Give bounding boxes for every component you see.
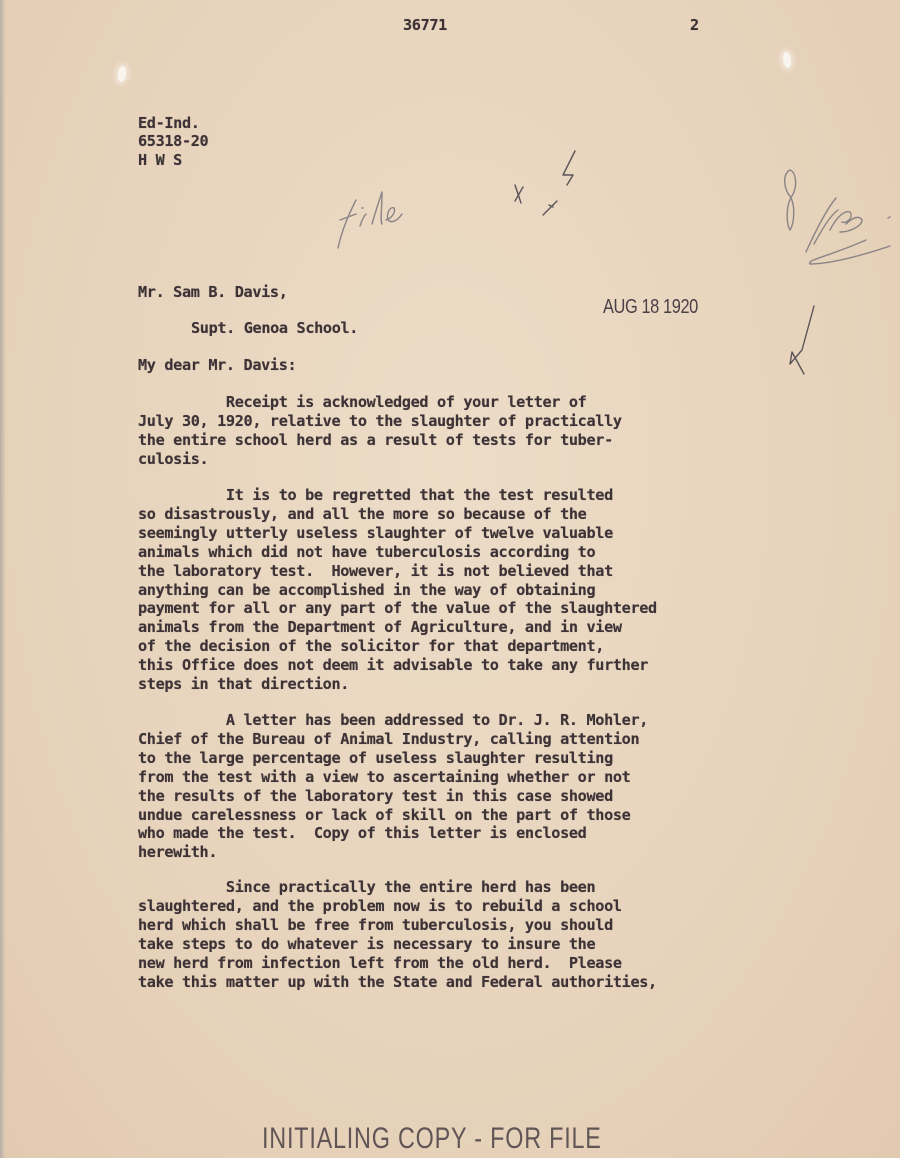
- date-received-stamp: AUG 18 1920: [603, 296, 698, 319]
- reference-initials: H W S: [138, 151, 182, 170]
- pencil-check-mark-icon: [780, 300, 830, 380]
- page-number: 2: [690, 16, 699, 35]
- reference-office: Ed-Ind.: [138, 114, 200, 133]
- punch-hole-right: [782, 52, 792, 69]
- pencil-x-five-mark-icon: [505, 145, 585, 225]
- file-number: 36771: [403, 16, 447, 35]
- paragraph-2: It is to be regretted that the test resu…: [138, 486, 657, 694]
- reference-number: 65318-20: [138, 132, 208, 151]
- page-edge-shadow: [0, 0, 5, 1158]
- paragraph-4: Since practically the entire herd has be…: [138, 878, 657, 991]
- footer-stamp-clip: INITIALING COPY - FOR FILE: [262, 1122, 622, 1158]
- salutation: My dear Mr. Davis:: [138, 356, 296, 375]
- initialing-copy-stamp: INITIALING COPY - FOR FILE: [262, 1122, 602, 1156]
- punch-hole-left: [117, 66, 127, 83]
- letter-page: 36771 2 Ed-Ind. 65318-20 H W S Mr. Sam B…: [0, 0, 900, 1158]
- paragraph-3: A letter has been addressed to Dr. J. R.…: [138, 711, 648, 862]
- pencil-initials-signature-icon: [770, 160, 900, 280]
- addressee-name: Mr. Sam B. Davis,: [138, 283, 288, 302]
- paragraph-1: Receipt is acknowledged of your letter o…: [138, 393, 622, 469]
- addressee-title: Supt. Genoa School.: [191, 319, 358, 338]
- pencil-file-note-icon: [320, 180, 410, 260]
